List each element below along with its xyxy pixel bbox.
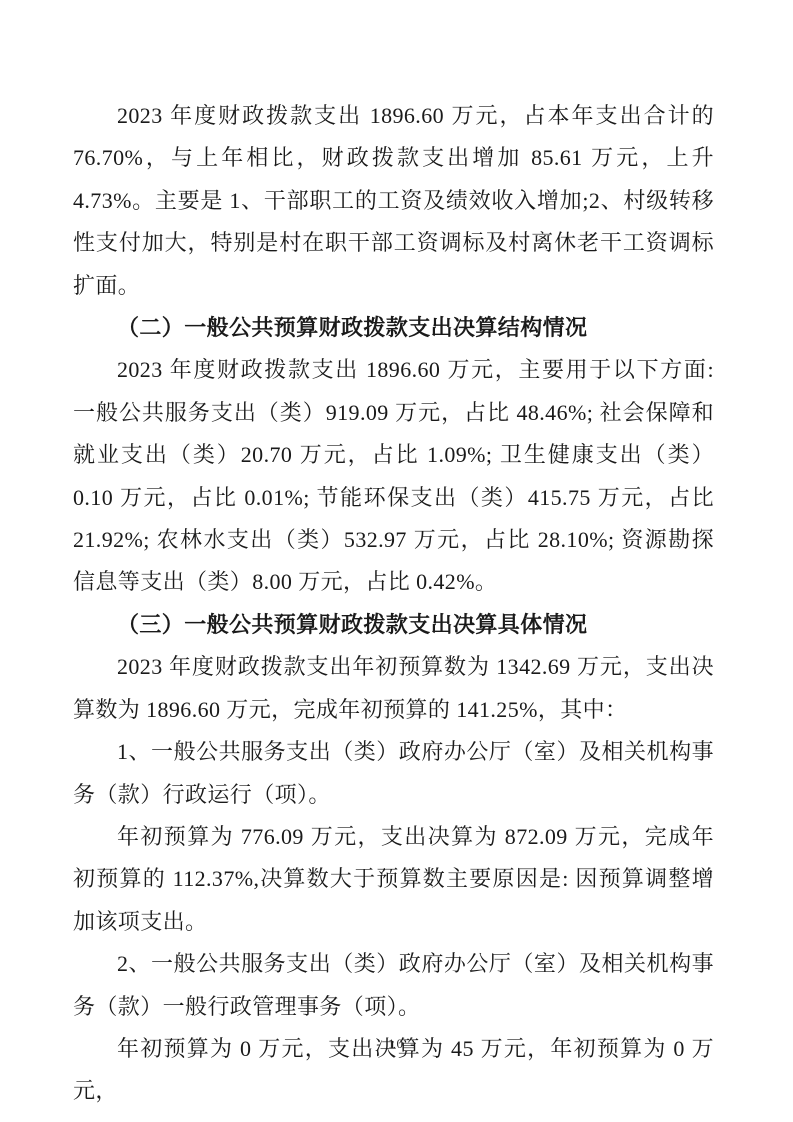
document-content: 2023 年度财政拨款支出 1896.60 万元，占本年支出合计的 76.70%… [73,95,714,1113]
paragraph-fiscal-expenditure-summary: 2023 年度财政拨款支出 1896.60 万元，占本年支出合计的 76.70%… [73,95,714,307]
heading-section-two-structure: （二）一般公共预算财政拨款支出决算结构情况 [73,307,714,349]
heading-section-three-specifics: （三）一般公共预算财政拨款支出决算具体情况 [73,604,714,646]
paragraph-budget-vs-final-summary: 2023 年度财政拨款支出年初预算数为 1342.69 万元，支出决算数为 18… [73,646,714,731]
paragraph-expenditure-structure-detail: 2023 年度财政拨款支出 1896.60 万元，主要用于以下方面: 一般公共服… [73,349,714,603]
page-number: - 10 - [0,1036,793,1052]
document-page: 2023 年度财政拨款支出 1896.60 万元，占本年支出合计的 76.70%… [0,0,793,1122]
paragraph-item-2-title: 2、一般公共服务支出（类）政府办公厅（室）及相关机构事务（款）一般行政管理事务（… [73,943,714,1028]
paragraph-item-1-title: 1、一般公共服务支出（类）政府办公厅（室）及相关机构事务（款）行政运行（项）。 [73,731,714,816]
paragraph-item-1-detail: 年初预算为 776.09 万元，支出决算为 872.09 万元，完成年初预算的 … [73,816,714,943]
